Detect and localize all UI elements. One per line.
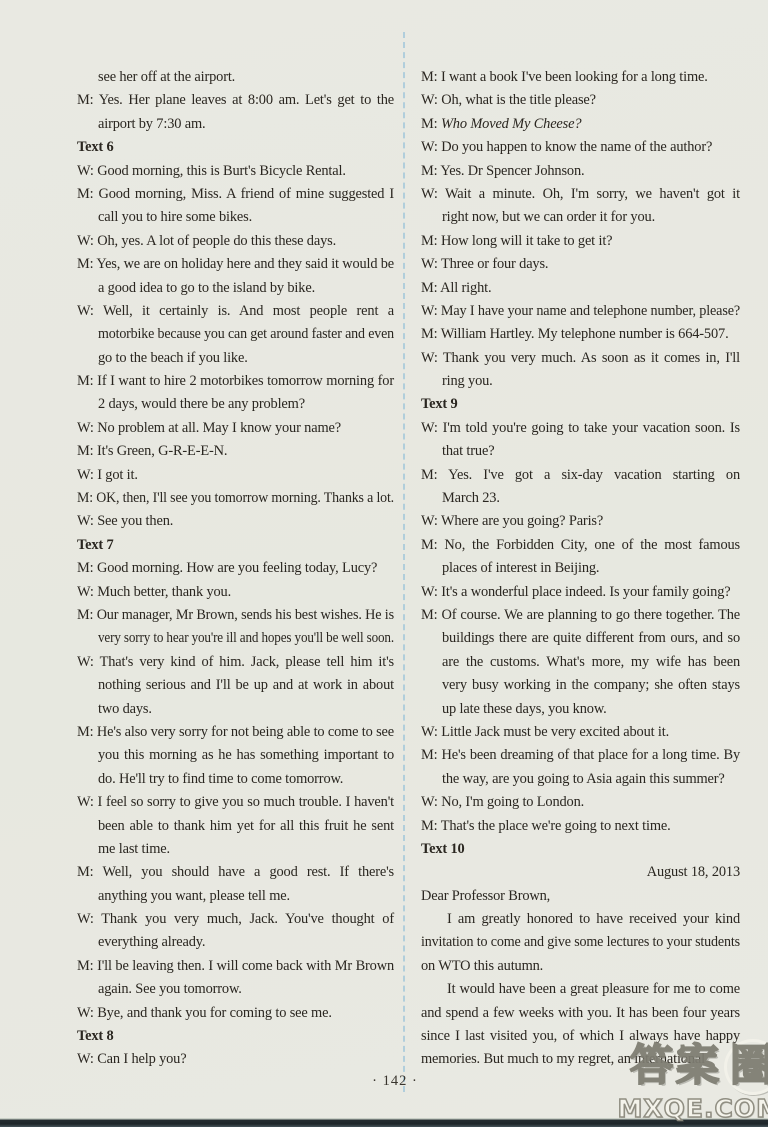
line-text: If I want to hire 2 motorbikes tomorrow … <box>97 373 394 389</box>
text-line: W: Thank you very much. As soon as it co… <box>421 347 740 370</box>
text-line: M: How long will it take to get it? <box>421 230 740 253</box>
speaker-label: W: <box>77 911 94 927</box>
section-heading: Text 6 <box>77 136 394 159</box>
line-text: 2 days, would there be any problem? <box>98 396 305 412</box>
speaker-label: M: <box>421 818 438 834</box>
speaker-label: W: <box>77 513 94 529</box>
line-text: William Hartley. My telephone number is … <box>441 326 729 342</box>
right-column: M: I want a book I've been looking for a… <box>421 66 740 1072</box>
line-text: Of course. We are planning to go there t… <box>441 607 740 623</box>
line-text: See you then. <box>97 513 173 529</box>
speaker-label: M: <box>421 116 438 132</box>
speaker-label: W: <box>77 1005 94 1021</box>
watermark-chinese-text: 答案 <box>630 1041 722 1091</box>
line-text: August 18, 2013 <box>647 864 740 880</box>
line-text: Wait a minute. Oh, I'm sorry, we haven't… <box>445 186 740 202</box>
line-text: Yes. Dr Spencer Johnson. <box>440 163 584 179</box>
text-line: M: Yes. Her plane leaves at 8:00 am. Let… <box>77 89 394 112</box>
text-line: very busy working in the company; she of… <box>442 674 740 697</box>
line-text: I got it. <box>97 467 138 483</box>
text-line: the way, are you going to Asia again thi… <box>442 768 740 791</box>
line-text: do. He'll try to find time to come tomor… <box>98 771 343 787</box>
line-text: March 23. <box>442 490 500 506</box>
speaker-label: M: <box>421 467 438 483</box>
line-text: Our manager, Mr Brown, sends his best wi… <box>97 607 394 623</box>
line-text: I'm told you're going to take your vacat… <box>443 420 740 436</box>
line-text: Text 7 <box>77 537 114 553</box>
speaker-label: W: <box>421 513 438 529</box>
speaker-label: W: <box>421 139 438 155</box>
speaker-label: M: <box>421 747 438 763</box>
text-line: places of interest in Beijing. <box>442 557 740 580</box>
line-text: That's the place we're going to next tim… <box>441 818 671 834</box>
section-heading: Text 10 <box>421 838 740 861</box>
line-text: Text 8 <box>77 1028 114 1044</box>
text-line: W: No problem at all. May I know your na… <box>77 417 394 440</box>
text-line: invitation to come and give some lecture… <box>421 931 740 954</box>
speaker-label: W: <box>421 794 438 810</box>
line-text: that true? <box>442 443 494 459</box>
line-text: Well, you should have a good rest. If th… <box>102 864 394 880</box>
line-text: Well, it certainly is. And most people r… <box>103 303 394 319</box>
text-line: 2 days, would there be any problem? <box>98 393 394 416</box>
text-line: M: If I want to hire 2 motorbikes tomorr… <box>77 370 394 393</box>
text-line: M: He's also very sorry for not being ab… <box>77 721 394 744</box>
line-text: Oh, what is the title please? <box>441 92 596 108</box>
text-line: M: It's Green, G-R-E-E-N. <box>77 440 394 463</box>
text-line: W: Thank you very much, Jack. You've tho… <box>77 908 394 931</box>
line-text: No, the Forbidden City, one of the most … <box>444 537 740 553</box>
text-line: W: That's very kind of him. Jack, please… <box>77 651 394 674</box>
line-text: I'll be leaving then. I will come back w… <box>97 958 394 974</box>
line-text: the way, are you going to Asia again thi… <box>442 771 725 787</box>
speaker-label: M: <box>77 864 94 880</box>
text-line: W: Oh, yes. A lot of people do this thes… <box>77 230 394 253</box>
speaker-label: M: <box>421 280 438 296</box>
text-line: right now, but we can order it for you. <box>442 206 740 229</box>
speaker-label: W: <box>421 92 438 108</box>
text-line: M: All right. <box>421 277 740 300</box>
speaker-label: W: <box>77 794 94 810</box>
line-text: Text 10 <box>421 841 465 857</box>
line-text: Thank you very much. As soon as it comes… <box>443 350 740 366</box>
line-text: very busy working in the company; she of… <box>442 677 740 693</box>
text-line: W: Three or four days. <box>421 253 740 276</box>
speaker-label: M: <box>421 326 438 342</box>
text-line: do. He'll try to find time to come tomor… <box>98 768 394 791</box>
line-text: Where are you going? Paris? <box>441 513 603 529</box>
text-line: M: Yes, we are on holiday here and they … <box>77 253 394 276</box>
text-line: I am greatly honored to have received yo… <box>447 908 740 931</box>
line-text: motorbike because you can get around fas… <box>98 326 394 342</box>
text-line: W: Can I help you? <box>77 1048 394 1071</box>
text-line: very sorry to hear you're ill and hopes … <box>98 627 394 650</box>
line-text: everything already. <box>98 934 205 950</box>
text-line: W: Do you happen to know the name of the… <box>421 136 740 159</box>
text-line: call you to hire some bikes. <box>98 206 394 229</box>
text-line: W: No, I'm going to London. <box>421 791 740 814</box>
text-line: nothing serious and I'll be up and at wo… <box>98 674 394 697</box>
line-text: Much better, thank you. <box>97 584 231 600</box>
line-text: ring you. <box>442 373 493 389</box>
watermark-logo: 答案圈 MXQE.COM <box>618 1039 768 1122</box>
line-text: Yes. I've got a six-day vacation startin… <box>448 467 740 483</box>
text-line: M: No, the Forbidden City, one of the mo… <box>421 534 740 557</box>
speaker-label: M: <box>77 186 94 202</box>
line-text: places of interest in Beijing. <box>442 560 599 576</box>
line-text: All right. <box>440 280 491 296</box>
text-line: and spend a few weeks with you. It has b… <box>421 1002 740 1025</box>
line-text: anything you want, please tell me. <box>98 888 290 904</box>
speaker-label: W: <box>77 420 94 436</box>
text-line: on WTO this autumn. <box>421 955 740 978</box>
text-line: M: That's the place we're going to next … <box>421 815 740 838</box>
line-text: buildings there are quite different from… <box>442 630 740 646</box>
speaker-label: W: <box>77 467 94 483</box>
speaker-label: M: <box>77 560 94 576</box>
line-text: you this morning as he has something imp… <box>98 747 394 763</box>
text-line: go to the beach if you like. <box>98 347 394 370</box>
text-line: a good idea to go to the island by bike. <box>98 277 394 300</box>
line-text: airport by 7:30 am. <box>98 116 205 132</box>
speaker-label: M: <box>77 724 93 740</box>
section-heading: Text 7 <box>77 534 394 557</box>
section-heading: Text 9 <box>421 393 740 416</box>
text-line: W: See you then. <box>77 510 394 533</box>
line-text: Little Jack must be very excited about i… <box>441 724 669 740</box>
text-line: M: I want a book I've been looking for a… <box>421 66 740 89</box>
line-text: I am greatly honored to have received yo… <box>447 911 740 927</box>
speaker-label: M: <box>77 443 94 459</box>
line-text: go to the beach if you like. <box>98 350 248 366</box>
speaker-label: M: <box>77 958 94 974</box>
text-line: W: Bye, and thank you for coming to see … <box>77 1002 394 1025</box>
text-line: motorbike because you can get around fas… <box>98 323 394 346</box>
text-line: March 23. <box>442 487 740 510</box>
line-text: It's Green, G-R-E-E-N. <box>97 443 227 459</box>
line-text: invitation to come and give some lecture… <box>421 934 740 950</box>
text-line: August 18, 2013 <box>421 861 740 884</box>
left-column: see her off at the airport.M: Yes. Her p… <box>77 66 394 1072</box>
speaker-label: M: <box>421 607 438 623</box>
text-line: everything already. <box>98 931 394 954</box>
line-text: Thank you very much, Jack. You've though… <box>101 911 394 927</box>
speaker-label: M: <box>421 163 438 179</box>
speaker-label: M: <box>77 373 94 389</box>
text-line: are the customs. What's more, my wife ha… <box>442 651 740 674</box>
line-text: Good morning. How are you feeling today,… <box>97 560 377 576</box>
text-line: two days. <box>98 698 394 721</box>
text-line: W: May I have your name and telephone nu… <box>421 300 740 323</box>
text-line: W: I'm told you're going to take your va… <box>421 417 740 440</box>
speaker-label: W: <box>421 350 438 366</box>
scanned-page: see her off at the airport.M: Yes. Her p… <box>0 0 768 1127</box>
line-text: May I have your name and telephone numbe… <box>441 303 740 319</box>
text-line: W: Where are you going? Paris? <box>421 510 740 533</box>
line-text: two days. <box>98 701 152 717</box>
text-line: see her off at the airport. <box>98 66 394 89</box>
speaker-label: W: <box>421 584 438 600</box>
text-line: M: Who Moved My Cheese? <box>421 113 740 136</box>
speaker-label: W: <box>77 1051 94 1067</box>
text-line: W: Little Jack must be very excited abou… <box>421 721 740 744</box>
text-line: M: Our manager, Mr Brown, sends his best… <box>77 604 394 627</box>
text-line: W: I feel so sorry to give you so much t… <box>77 791 394 814</box>
watermark-circled-char: 圈 <box>724 1039 768 1095</box>
text-line: Dear Professor Brown, <box>421 885 740 908</box>
line-text: me last time. <box>98 841 170 857</box>
text-line: anything you want, please tell me. <box>98 885 394 908</box>
text-line: M: OK, then, I'll see you tomorrow morni… <box>77 487 394 510</box>
text-line: airport by 7:30 am. <box>98 113 394 136</box>
line-text: How long will it take to get it? <box>441 233 612 249</box>
line-text: Do you happen to know the name of the au… <box>441 139 712 155</box>
line-text: Who Moved My Cheese? <box>441 116 581 132</box>
text-line: M: Well, you should have a good rest. If… <box>77 861 394 884</box>
text-line: W: Oh, what is the title please? <box>421 89 740 112</box>
text-line: W: Much better, thank you. <box>77 581 394 604</box>
speaker-label: W: <box>421 420 438 436</box>
text-line: that true? <box>442 440 740 463</box>
text-line: up late these days, you know. <box>442 698 740 721</box>
line-text: call you to hire some bikes. <box>98 209 252 225</box>
speaker-label: W: <box>421 724 438 740</box>
text-line: W: Well, it certainly is. And most peopl… <box>77 300 394 323</box>
line-text: been able to thank him yet for all this … <box>98 818 394 834</box>
speaker-label: M: <box>421 537 438 553</box>
line-text: very sorry to hear you're ill and hopes … <box>98 630 394 646</box>
line-text: nothing serious and I'll be up and at wo… <box>98 677 394 693</box>
speaker-label: M: <box>421 233 438 249</box>
speaker-label: W: <box>77 233 94 249</box>
text-line: W: I got it. <box>77 464 394 487</box>
line-text: Text 6 <box>77 139 114 155</box>
line-text: Good morning, Miss. A friend of mine sug… <box>99 186 394 202</box>
line-text: right now, but we can order it for you. <box>442 209 655 225</box>
line-text: It would have been a great pleasure for … <box>447 981 740 997</box>
text-line: again. See you tomorrow. <box>98 978 394 1001</box>
line-text: No, I'm going to London. <box>441 794 584 810</box>
text-line: W: Wait a minute. Oh, I'm sorry, we have… <box>421 183 740 206</box>
line-text: OK, then, I'll see you tomorrow morning.… <box>96 490 394 506</box>
line-text: Yes, we are on holiday here and they sai… <box>96 256 394 272</box>
line-text: up late these days, you know. <box>442 701 607 717</box>
text-line: M: Good morning, Miss. A friend of mine … <box>77 183 394 206</box>
line-text: are the customs. What's more, my wife ha… <box>442 654 740 670</box>
line-text: He's been dreaming of that place for a l… <box>441 747 740 763</box>
speaker-label: W: <box>421 256 438 272</box>
speaker-label: M: <box>77 256 93 272</box>
line-text: Oh, yes. A lot of people do this these d… <box>97 233 336 249</box>
speaker-label: M: <box>77 607 93 623</box>
line-text: I feel so sorry to give you so much trou… <box>98 794 394 810</box>
line-text: I want a book I've been looking for a lo… <box>441 69 708 85</box>
line-text: Good morning, this is Burt's Bicycle Ren… <box>97 163 346 179</box>
line-text: It's a wonderful place indeed. Is your f… <box>441 584 730 600</box>
line-text: on WTO this autumn. <box>421 958 543 974</box>
text-line: M: He's been dreaming of that place for … <box>421 744 740 767</box>
line-text: Three or four days. <box>441 256 548 272</box>
text-line: M: Of course. We are planning to go ther… <box>421 604 740 627</box>
line-text: Text 9 <box>421 396 458 412</box>
text-line: M: William Hartley. My telephone number … <box>421 323 740 346</box>
speaker-label: W: <box>77 584 94 600</box>
text-line: It would have been a great pleasure for … <box>447 978 740 1001</box>
line-text: Dear Professor Brown, <box>421 888 550 904</box>
text-line: M: Good morning. How are you feeling tod… <box>77 557 394 580</box>
speaker-label: W: <box>77 303 94 319</box>
text-line: W: It's a wonderful place indeed. Is you… <box>421 581 740 604</box>
section-heading: Text 8 <box>77 1025 394 1048</box>
text-line: M: Yes. I've got a six-day vacation star… <box>421 464 740 487</box>
line-text: Yes. Her plane leaves at 8:00 am. Let's … <box>99 92 394 108</box>
text-line: you this morning as he has something imp… <box>98 744 394 767</box>
line-text: and spend a few weeks with you. It has b… <box>421 1005 740 1021</box>
speaker-label: M: <box>77 490 93 506</box>
text-line: M: Yes. Dr Spencer Johnson. <box>421 160 740 183</box>
speaker-label: W: <box>77 654 94 670</box>
line-text: again. See you tomorrow. <box>98 981 242 997</box>
speaker-label: M: <box>77 92 94 108</box>
line-text: a good idea to go to the island by bike. <box>98 280 315 296</box>
text-line: me last time. <box>98 838 394 861</box>
text-line: W: Good morning, this is Burt's Bicycle … <box>77 160 394 183</box>
line-text: That's very kind of him. Jack, please te… <box>100 654 394 670</box>
speaker-label: W: <box>77 163 94 179</box>
column-divider <box>403 32 405 1092</box>
line-text: see her off at the airport. <box>98 69 235 85</box>
speaker-label: M: <box>421 69 438 85</box>
line-text: He's also very sorry for not being able … <box>97 724 394 740</box>
text-line: been able to thank him yet for all this … <box>98 815 394 838</box>
line-text: Bye, and thank you for coming to see me. <box>97 1005 332 1021</box>
line-text: No problem at all. May I know your name? <box>97 420 341 436</box>
text-line: ring you. <box>442 370 740 393</box>
watermark-chinese: 答案圈 <box>618 1039 768 1095</box>
text-line: M: I'll be leaving then. I will come bac… <box>77 955 394 978</box>
text-line: buildings there are quite different from… <box>442 627 740 650</box>
watermark-site: MXQE.COM <box>618 1096 768 1122</box>
line-text: Can I help you? <box>97 1051 186 1067</box>
speaker-label: W: <box>421 186 438 202</box>
speaker-label: W: <box>421 303 438 319</box>
